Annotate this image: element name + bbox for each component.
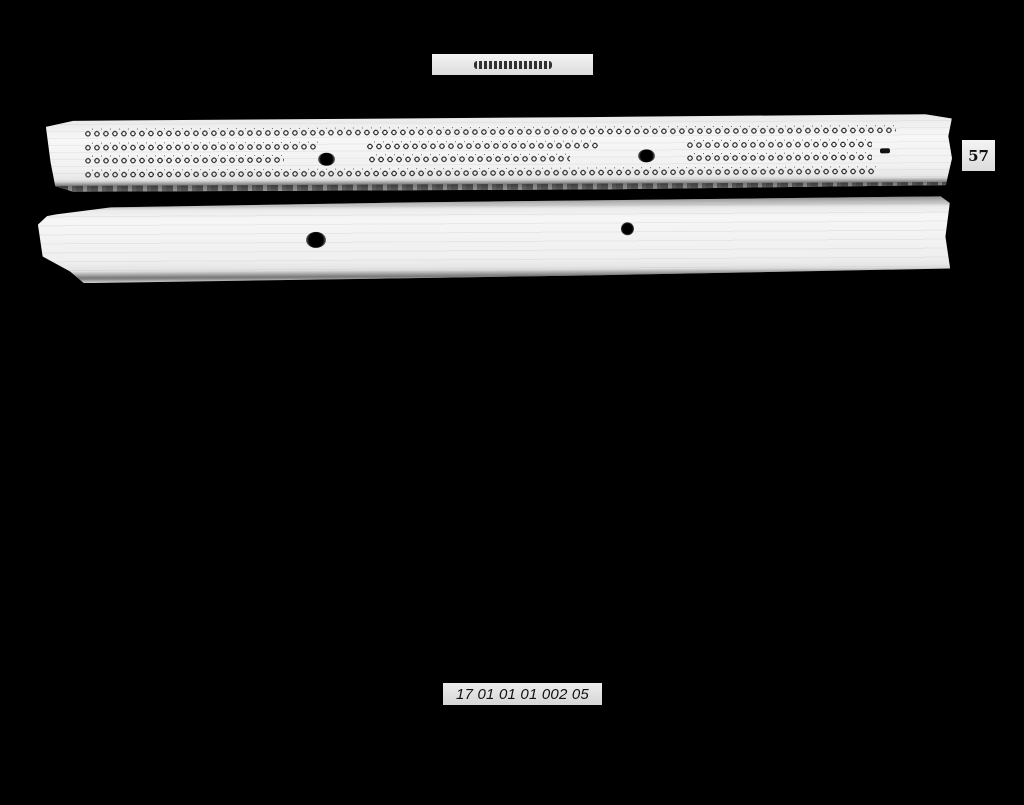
page-number-label: 57	[962, 140, 995, 171]
binding-hole-right	[638, 149, 655, 162]
palm-leaf-inscribed: script line 1 (full width) script line 2…	[46, 114, 952, 192]
ink-mark	[880, 148, 890, 153]
script-line-2-left: script line 2 – segment left	[84, 141, 318, 152]
binding-hole-right	[621, 222, 634, 235]
catalog-id-label: 17 01 01 01 002 05	[443, 683, 602, 705]
script-line-4: script line 4 (full width)	[84, 165, 876, 178]
script-line-1: script line 1 (full width)	[84, 124, 896, 138]
script-line-3-right: script line 3 – segment right (includes …	[686, 151, 872, 162]
script-line-2-right: script line 2 – segment right	[686, 138, 872, 149]
binding-hole-left	[318, 153, 335, 166]
leaf-edge-shadow	[46, 182, 952, 192]
script-line-3-left: script line 3 – segment left	[84, 154, 284, 165]
script-line-3-middle: script line 3 – segment middle	[368, 153, 570, 164]
script-line-2-middle: script line 2 – segment middle	[366, 140, 598, 151]
handwritten-title-ink	[474, 61, 552, 69]
binding-hole-left	[306, 232, 326, 248]
manuscript-title-label	[432, 54, 593, 75]
palm-leaf-blank	[38, 195, 950, 284]
